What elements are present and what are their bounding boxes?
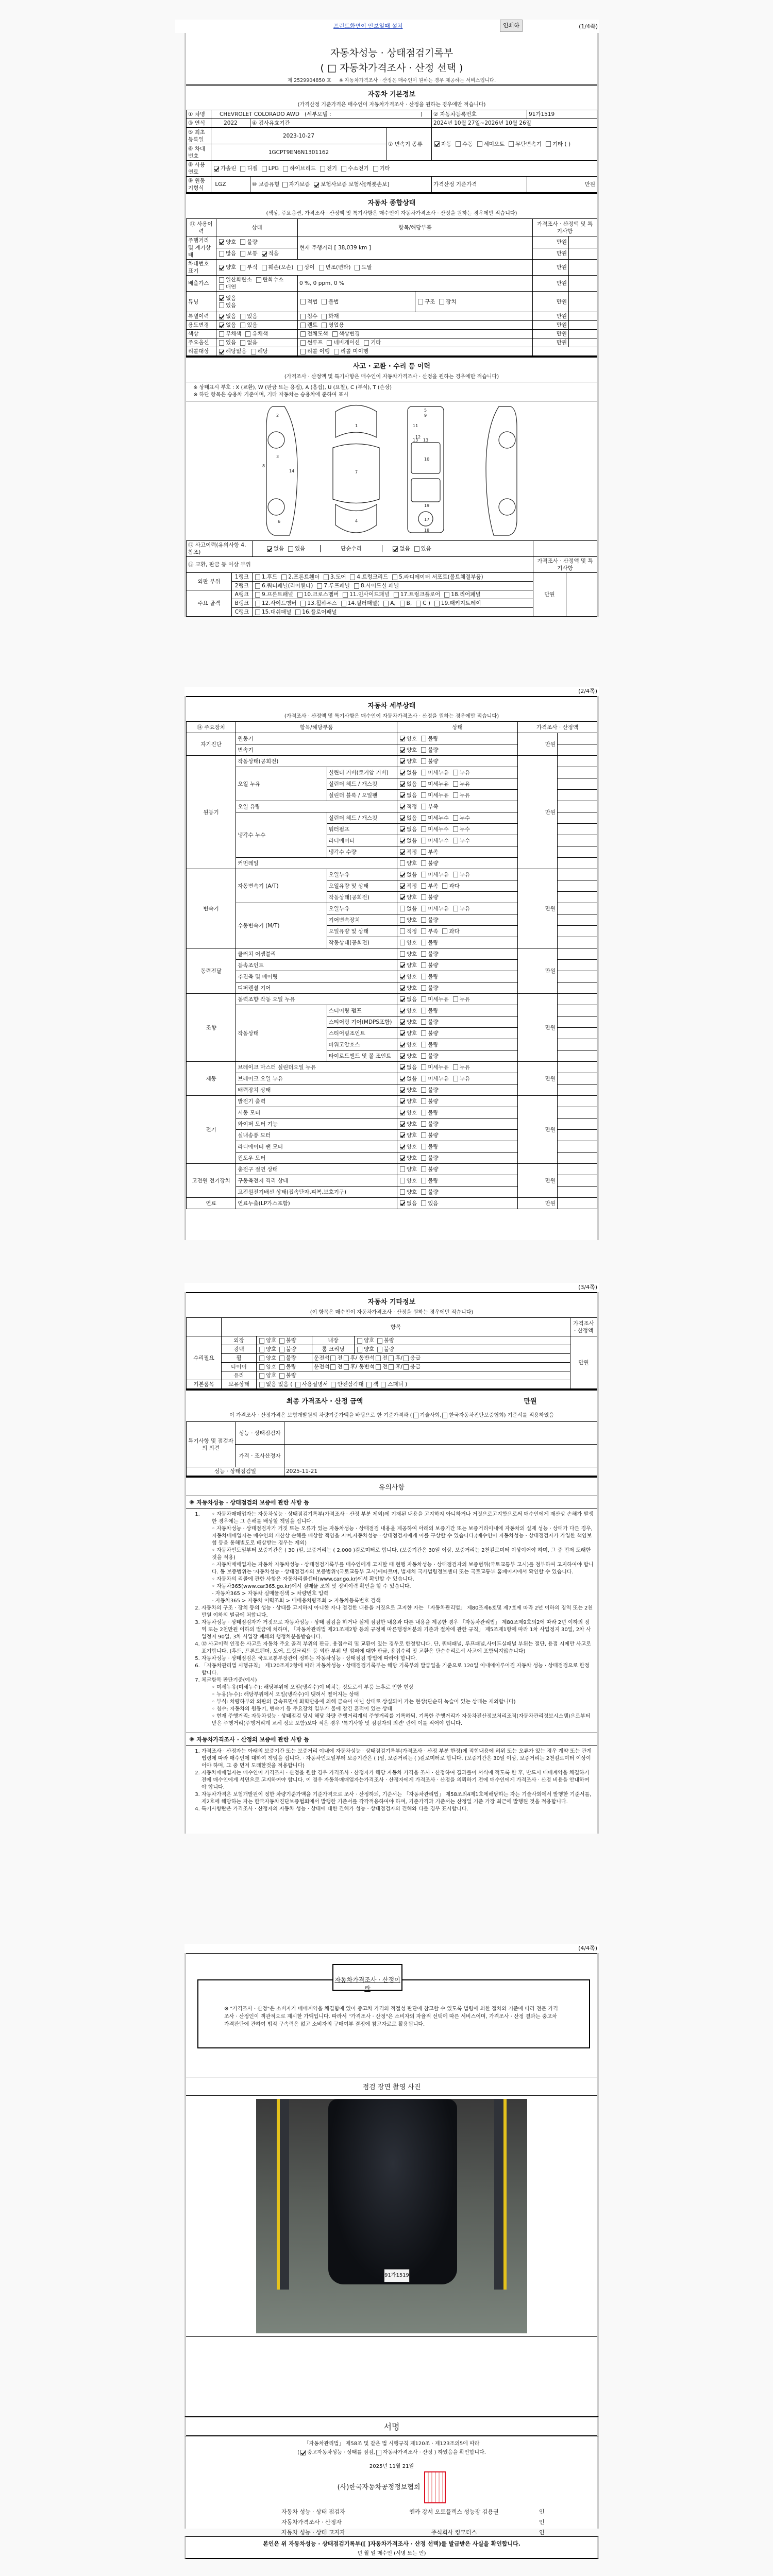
signer-role: 자동차 성능 · 상태 점검자 — [281, 2507, 369, 2516]
checkbox[interactable] — [319, 265, 324, 270]
checkbox[interactable] — [279, 1355, 284, 1361]
checkbox[interactable] — [421, 974, 426, 979]
cell-text: 만원 — [544, 591, 554, 598]
option: 해당 — [250, 348, 268, 354]
checkbox[interactable] — [421, 928, 426, 934]
overall-subtitle: (색상, 주요옵션, 가격조사 · 산정액 및 특기사항은 매수인이 자동차가격… — [186, 207, 597, 218]
checkbox[interactable] — [442, 1413, 447, 1418]
checkbox[interactable] — [400, 826, 405, 832]
note-item: 가격조사 · 산정자는 아래의 보증기간 또는 보증거리 이내에 자동차성능 ·… — [201, 1748, 594, 1770]
cell-text: 만원 — [557, 340, 567, 346]
checkbox[interactable] — [421, 917, 426, 923]
car-outline-icon: 23 6814 174 5911 121313 101718 19 — [186, 401, 597, 540]
checkbox[interactable] — [400, 1030, 405, 1036]
checkbox[interactable] — [400, 1053, 405, 1059]
checkbox[interactable] — [341, 166, 346, 172]
checkbox[interactable] — [259, 1364, 264, 1370]
checkbox[interactable] — [400, 996, 405, 1002]
checkbox[interactable] — [421, 747, 426, 753]
checkbox[interactable] — [400, 1042, 405, 1047]
checkbox[interactable] — [421, 1121, 426, 1127]
checkbox[interactable] — [354, 583, 359, 589]
checkbox[interactable] — [413, 1413, 418, 1418]
option: 있음 — [218, 340, 236, 346]
checkbox[interactable] — [300, 349, 306, 354]
checkbox[interactable] — [421, 1087, 426, 1093]
checkbox[interactable] — [219, 314, 224, 319]
basic-info-title: 자동차 기본정보 — [186, 86, 597, 98]
item-name: 디퍼렌셜 기어 — [238, 985, 271, 991]
checkbox[interactable] — [421, 1008, 426, 1013]
checkbox[interactable] — [400, 849, 405, 855]
checkbox[interactable] — [267, 546, 272, 552]
checkbox[interactable] — [240, 265, 245, 270]
option: 장치 — [438, 299, 456, 305]
checkbox[interactable] — [400, 1189, 405, 1195]
checkbox[interactable] — [444, 592, 449, 598]
checkbox[interactable] — [421, 1064, 426, 1070]
item-name: 실내송풍 모터 — [238, 1132, 271, 1139]
item-name: 추진축 및 베어링 — [238, 974, 278, 980]
checkbox[interactable] — [400, 758, 405, 764]
checkbox[interactable] — [300, 331, 306, 337]
checkbox[interactable] — [421, 962, 426, 968]
option: 적음 — [261, 250, 279, 257]
checkbox[interactable] — [219, 277, 224, 283]
option: 전기 — [319, 165, 337, 172]
checkbox[interactable] — [400, 1132, 405, 1138]
checkbox[interactable] — [456, 141, 461, 147]
checkbox[interactable] — [421, 770, 426, 775]
checkbox[interactable] — [350, 574, 355, 580]
checkbox[interactable] — [404, 1355, 409, 1361]
checkbox[interactable] — [421, 1189, 426, 1195]
signer-role: 자동차 성능 · 상태 고지자 — [281, 2528, 369, 2536]
checkbox[interactable] — [240, 340, 245, 346]
checkbox[interactable] — [364, 340, 369, 346]
checkbox[interactable] — [297, 592, 303, 598]
checkbox[interactable] — [330, 1355, 335, 1361]
signer-role: 자동차가격조사 · 산정자 — [281, 2518, 369, 2526]
checkbox[interactable] — [240, 251, 245, 257]
checkbox[interactable] — [322, 323, 327, 328]
checkbox[interactable] — [414, 546, 419, 552]
checkbox[interactable] — [297, 265, 303, 270]
checkbox[interactable] — [421, 1132, 426, 1138]
checkbox[interactable] — [453, 996, 458, 1002]
checkbox[interactable] — [314, 182, 319, 188]
checkbox[interactable] — [453, 838, 458, 843]
checkbox[interactable] — [219, 284, 224, 290]
notes-section2: 가격조사 · 산정자는 아래의 보증기간 또는 보증거리 이내에 자동차성능 ·… — [186, 1746, 597, 1818]
checkbox[interactable] — [245, 331, 250, 337]
checkbox[interactable] — [453, 792, 458, 798]
overall-table: ⑪ 사용이력상태항목/해당부품가격조사 · 산정액 및 특기사항 주행거리 및 … — [186, 218, 597, 356]
checkbox[interactable] — [421, 906, 426, 911]
checkbox[interactable] — [400, 804, 405, 809]
checkbox[interactable] — [421, 804, 426, 809]
checkbox[interactable] — [400, 781, 405, 787]
checkbox[interactable] — [219, 323, 224, 328]
checkbox[interactable] — [421, 1098, 426, 1104]
item-name: 윈도우 모터 — [238, 1155, 265, 1161]
checkbox[interactable] — [421, 849, 426, 855]
checkbox[interactable] — [219, 251, 224, 257]
cell-text: 상태 — [452, 724, 462, 731]
checkbox[interactable] — [279, 1347, 284, 1352]
sub-item: 오일누유 — [329, 872, 350, 878]
checkbox[interactable] — [283, 166, 288, 172]
checkbox[interactable] — [389, 1355, 394, 1361]
checkbox[interactable] — [400, 838, 405, 843]
checkbox[interactable] — [421, 1053, 426, 1059]
checkbox[interactable] — [421, 758, 426, 764]
checkbox[interactable] — [400, 1121, 405, 1127]
checkbox[interactable] — [259, 1373, 264, 1379]
checkbox[interactable] — [421, 996, 426, 1002]
checkbox[interactable] — [219, 239, 224, 245]
group-name: 동력전달 — [200, 968, 222, 974]
checkbox[interactable] — [240, 239, 245, 245]
checkbox[interactable] — [453, 781, 458, 787]
appraiser-opinion[interactable] — [284, 1445, 597, 1467]
opinion-label: 특기사항 및 점검자의 의견 — [187, 1422, 236, 1467]
cell-text: 단순수리 — [341, 546, 362, 552]
svg-text:8: 8 — [262, 464, 265, 468]
option: 네비게이션 — [326, 340, 360, 346]
checkbox[interactable] — [324, 574, 329, 580]
checkbox[interactable] — [546, 141, 551, 147]
svg-text:11: 11 — [413, 423, 418, 428]
checkbox[interactable] — [400, 1166, 405, 1172]
checkbox[interactable] — [400, 1076, 405, 1081]
checkbox[interactable] — [434, 141, 440, 147]
sub-item: 실린더 헤드 / 개스킷 — [329, 815, 378, 821]
checkbox[interactable] — [400, 985, 405, 991]
photo-title: 점검 장면 촬영 사진 — [186, 2077, 597, 2096]
checkbox[interactable] — [416, 601, 421, 606]
checkbox[interactable] — [357, 1338, 362, 1344]
checkbox[interactable] — [400, 1110, 405, 1115]
checkbox[interactable] — [327, 340, 332, 346]
cell-text: 만원 — [557, 239, 567, 245]
note-item: 자동차가격은 보험개발원이 정한 차량기준가액을 기준가격으로 조사 · 산정하… — [201, 1791, 594, 1806]
checkbox[interactable] — [400, 601, 405, 606]
checkbox[interactable] — [421, 1200, 426, 1206]
note-opt2: 한국자동차진단보증협회) 기준서를 적용하였음 — [449, 1413, 553, 1418]
checkbox[interactable] — [357, 1347, 362, 1352]
checkbox[interactable] — [262, 265, 267, 270]
checkbox[interactable] — [421, 951, 426, 957]
item-name: 구동축전지 격리 상태 — [238, 1178, 288, 1184]
checkbox[interactable] — [421, 1144, 426, 1149]
sub-item: 스티어링 기어(MDPS포함) — [329, 1019, 392, 1025]
checkbox[interactable] — [421, 838, 426, 843]
checkbox[interactable] — [400, 974, 405, 979]
checkbox[interactable] — [389, 1364, 394, 1370]
checkbox[interactable] — [418, 299, 423, 304]
checkbox[interactable] — [442, 928, 447, 934]
checkbox[interactable] — [453, 770, 458, 775]
checkbox[interactable] — [400, 770, 405, 775]
option: 색상변경 — [331, 331, 360, 337]
checkbox[interactable] — [421, 781, 426, 787]
sub-item: 워터펌프 — [329, 826, 350, 833]
checkbox[interactable] — [259, 1382, 264, 1387]
checkbox[interactable] — [300, 323, 306, 328]
checkbox[interactable] — [421, 894, 426, 900]
checkbox[interactable] — [400, 917, 405, 923]
checkbox-price-appraisal[interactable] — [376, 2450, 381, 2455]
checkbox[interactable] — [288, 546, 293, 552]
checkbox[interactable] — [300, 314, 306, 319]
checkbox[interactable] — [282, 182, 288, 188]
checkbox[interactable] — [320, 166, 325, 172]
checkbox[interactable] — [295, 609, 300, 615]
checkbox[interactable] — [400, 1155, 405, 1161]
checkbox[interactable] — [400, 1087, 405, 1093]
checkbox[interactable] — [400, 736, 405, 741]
checkbox[interactable] — [421, 826, 426, 832]
checkbox[interactable] — [383, 601, 389, 606]
inspector-opinion[interactable] — [284, 1422, 597, 1445]
cell-text: 만원 — [545, 1076, 556, 1082]
car-damage-diagram: 23 6814 174 5911 121313 101718 19 — [186, 401, 597, 540]
checkbox[interactable] — [400, 1144, 405, 1149]
checkbox[interactable] — [404, 1364, 409, 1370]
item-name: 발전기 출력 — [238, 1098, 265, 1105]
checkbox[interactable] — [421, 1042, 426, 1047]
option: 없음 — [218, 322, 236, 328]
doc-number: 제 2529904850 호 — [288, 78, 331, 83]
checkbox[interactable] — [322, 314, 327, 319]
option: 적법 — [299, 299, 317, 305]
checkbox[interactable] — [400, 1178, 405, 1183]
checkbox[interactable] — [400, 747, 405, 753]
checkbox[interactable] — [421, 1155, 426, 1161]
group-name: 전기 — [206, 1127, 216, 1133]
print-button[interactable]: 인쇄하기 — [500, 20, 523, 32]
checkbox[interactable] — [219, 349, 224, 354]
accident-legend: ※ 상태표시 부호 : X (교환), W (판금 또는 용접), A (흠집)… — [186, 382, 597, 401]
checkbox[interactable] — [439, 299, 444, 304]
checkbox[interactable] — [400, 1098, 405, 1104]
checkbox[interactable] — [392, 574, 397, 580]
checkbox[interactable] — [400, 872, 405, 877]
checkbox[interactable] — [400, 951, 405, 957]
checkbox[interactable] — [400, 894, 405, 900]
checkbox[interactable] — [330, 1364, 335, 1370]
cell-text: B랭크 — [235, 600, 249, 606]
checkbox[interactable] — [453, 826, 458, 832]
checkbox[interactable] — [377, 1338, 382, 1344]
checkbox[interactable] — [322, 299, 327, 304]
checkbox[interactable] — [219, 295, 224, 301]
signature-row: 자동차 성능 · 상태 점검자엔카 강서 오토플렉스 성능장 김용권인 — [186, 2506, 597, 2517]
checkbox[interactable] — [256, 277, 261, 283]
checkbox[interactable] — [421, 1178, 426, 1183]
cell-text: ⑤ 최초등록일 — [188, 129, 205, 143]
checkbox[interactable] — [355, 265, 360, 270]
option: 매연 — [218, 284, 236, 290]
checkbox[interactable] — [219, 331, 224, 337]
checkbox[interactable] — [400, 792, 405, 798]
checkbox[interactable] — [344, 1355, 349, 1361]
document-title: 자동차성능 · 상태점검기록부 — [186, 33, 597, 59]
checkbox[interactable] — [219, 302, 224, 308]
document-subtitle: ( □ 자동차가격조사 · 산정 선택 ) — [186, 60, 597, 74]
option: 보통 — [239, 250, 257, 257]
signature-body: 「자동차관리법」 제58조 및 같은 법 시행규칙 제120조 · 제123조의… — [184, 2436, 599, 2529]
cell-text: 만원 — [585, 181, 595, 188]
checkbox[interactable] — [400, 1064, 405, 1070]
checkbox[interactable] — [394, 592, 399, 598]
checkbox[interactable] — [400, 962, 405, 968]
checkbox[interactable] — [400, 928, 405, 934]
checkbox[interactable] — [334, 349, 339, 354]
group-name: 조향 — [206, 1025, 216, 1031]
option: 리콜 이행 — [299, 348, 330, 354]
other-info-table: 항목가격조사 · 산정액 수리필요외장양호 불량내장양호 불량만원 광택양호 불… — [186, 1317, 597, 1389]
checkbox[interactable] — [421, 815, 426, 821]
option: 없음 — [239, 340, 257, 346]
cell-text: ⑦ 변속기 종류 — [388, 141, 423, 147]
checkbox[interactable] — [421, 985, 426, 991]
checkbox[interactable] — [281, 574, 287, 580]
vin: 1GCPT9EN6N1301162 — [268, 149, 329, 156]
checkbox[interactable] — [259, 1338, 264, 1344]
checkbox[interactable] — [240, 166, 245, 172]
legend-symbols: ※ 상태표시 부호 : X (교환), W (판금 또는 용접), A (흠집)… — [193, 384, 590, 392]
checkbox[interactable] — [477, 141, 482, 147]
checkbox[interactable] — [219, 265, 224, 270]
checkbox[interactable] — [509, 141, 514, 147]
inspector-label: 성능 · 상태점검자 — [236, 1422, 284, 1445]
confirm-opt1: 중고자동차성능 · 상태를 점검, — [307, 2450, 375, 2455]
checkbox[interactable] — [240, 314, 245, 319]
checkbox[interactable] — [341, 601, 346, 606]
checkbox[interactable] — [262, 251, 267, 257]
checkbox[interactable] — [400, 815, 405, 821]
checkbox[interactable] — [255, 574, 260, 580]
checkbox[interactable] — [400, 860, 405, 866]
checkbox[interactable] — [400, 883, 405, 889]
print-setup-link[interactable]: 프린트화면이 안보일때 설치 — [333, 22, 403, 30]
page-4: 자동차가격조사 · 산정이란 ※ "가격조사 · 산정"은 소비자가 매매계약을… — [184, 1953, 599, 2417]
checkbox[interactable] — [279, 1338, 284, 1344]
cell-text: 리콜대상 — [188, 348, 209, 354]
sub-item: 오일누유 — [329, 906, 350, 912]
checkbox[interactable] — [300, 299, 306, 304]
checkbox[interactable] — [421, 883, 426, 889]
sub-item: 실린더 블록 / 오일팬 — [329, 792, 378, 799]
checkbox[interactable] — [214, 166, 219, 172]
option: 부식 — [239, 264, 257, 270]
item-name: 등속조인트 — [238, 962, 264, 969]
checkbox[interactable] — [279, 1373, 284, 1379]
checkbox[interactable] — [259, 1347, 264, 1352]
option: 없음 — [392, 546, 410, 552]
checkbox[interactable] — [344, 1364, 349, 1370]
checkbox[interactable] — [251, 349, 256, 354]
checkbox[interactable] — [219, 340, 224, 346]
checkbox[interactable] — [400, 1200, 405, 1206]
checkbox[interactable] — [400, 906, 405, 911]
checkbox[interactable] — [255, 592, 260, 598]
checkbox[interactable] — [421, 792, 426, 798]
checkbox[interactable] — [421, 860, 426, 866]
checkbox[interactable] — [453, 1076, 458, 1081]
checkbox[interactable] — [279, 1364, 284, 1370]
checkbox[interactable] — [332, 331, 338, 337]
checkbox[interactable] — [300, 340, 306, 346]
detail-table: ⑭ 주요장치항목/해당부품상태가격조사 · 산정액자기진단원동기양호불량만원변속… — [186, 721, 597, 1209]
checkbox[interactable] — [421, 940, 426, 945]
checkbox[interactable] — [421, 872, 426, 877]
checkbox[interactable] — [300, 601, 306, 606]
checkbox-used-car-inspection[interactable] — [300, 2450, 306, 2455]
checkbox[interactable] — [421, 1030, 426, 1036]
checkbox[interactable] — [381, 1382, 386, 1387]
final-price-note: 이 가격조사 · 산정가격은 보험개발원의 차량기준가액을 바탕으로 한 기준가… — [186, 1408, 597, 1421]
note-item: 체크항목 판단기준(예시)미세누유(미세누수): 해당부위에 오일(냉각수)이 … — [201, 1677, 594, 1727]
checkbox[interactable] — [434, 601, 440, 606]
checkbox[interactable] — [421, 1166, 426, 1172]
checkbox[interactable] — [255, 601, 260, 606]
item-name: 브레이크 오일 누유 — [238, 1076, 283, 1082]
item-name: 배력장치 상태 — [238, 1087, 271, 1093]
checkbox[interactable] — [262, 166, 267, 172]
signer-name: 주식회사 킹모터스 — [400, 2528, 508, 2536]
checkbox[interactable] — [393, 546, 398, 552]
notes-title: 유의사항 — [186, 1476, 597, 1496]
checkbox[interactable] — [421, 1019, 426, 1025]
checkbox[interactable] — [259, 1355, 264, 1361]
checkbox[interactable] — [400, 1019, 405, 1025]
checkbox[interactable] — [453, 1064, 458, 1070]
checkbox[interactable] — [343, 592, 348, 598]
checkbox[interactable] — [240, 323, 245, 328]
checkbox[interactable] — [421, 1076, 426, 1081]
receipt-line: 본인은 위 자동차성능 · 상태점검기록부([ ]자동차가격조사 · 산정 선택… — [186, 2537, 597, 2548]
checkbox[interactable] — [255, 583, 260, 589]
document-header: 자동차성능 · 상태점검기록부 ( □ 자동차가격조사 · 산정 선택 ) 제 … — [186, 33, 597, 84]
checkbox[interactable] — [295, 1382, 300, 1387]
checkbox[interactable] — [421, 736, 426, 741]
checkbox[interactable] — [331, 1382, 336, 1387]
checkbox[interactable] — [255, 609, 260, 615]
cell-text: 외장 — [233, 1337, 244, 1344]
checkbox[interactable] — [366, 1382, 372, 1387]
item-name: 작동상태(공회전) — [238, 758, 278, 765]
checkbox[interactable] — [373, 166, 378, 172]
checkbox[interactable] — [453, 815, 458, 821]
item-name: 브레이크 마스터 실린더오일 누유 — [238, 1064, 316, 1071]
item-name: 충전구 절연 상태 — [238, 1166, 278, 1173]
inspection-period: 2024년 10월 27일~2026년 10월 26일 — [433, 120, 531, 126]
checkbox[interactable] — [400, 940, 405, 945]
checkbox[interactable] — [376, 1355, 381, 1361]
checkbox[interactable] — [442, 883, 447, 889]
checkbox[interactable] — [453, 872, 458, 877]
checkbox[interactable] — [453, 906, 458, 911]
checkbox[interactable] — [317, 583, 322, 589]
page-number: (1/4쪽) — [579, 22, 598, 30]
checkbox[interactable] — [421, 1110, 426, 1115]
checkbox[interactable] — [376, 1364, 381, 1370]
checkbox[interactable] — [377, 1347, 382, 1352]
checkbox[interactable] — [400, 1008, 405, 1013]
